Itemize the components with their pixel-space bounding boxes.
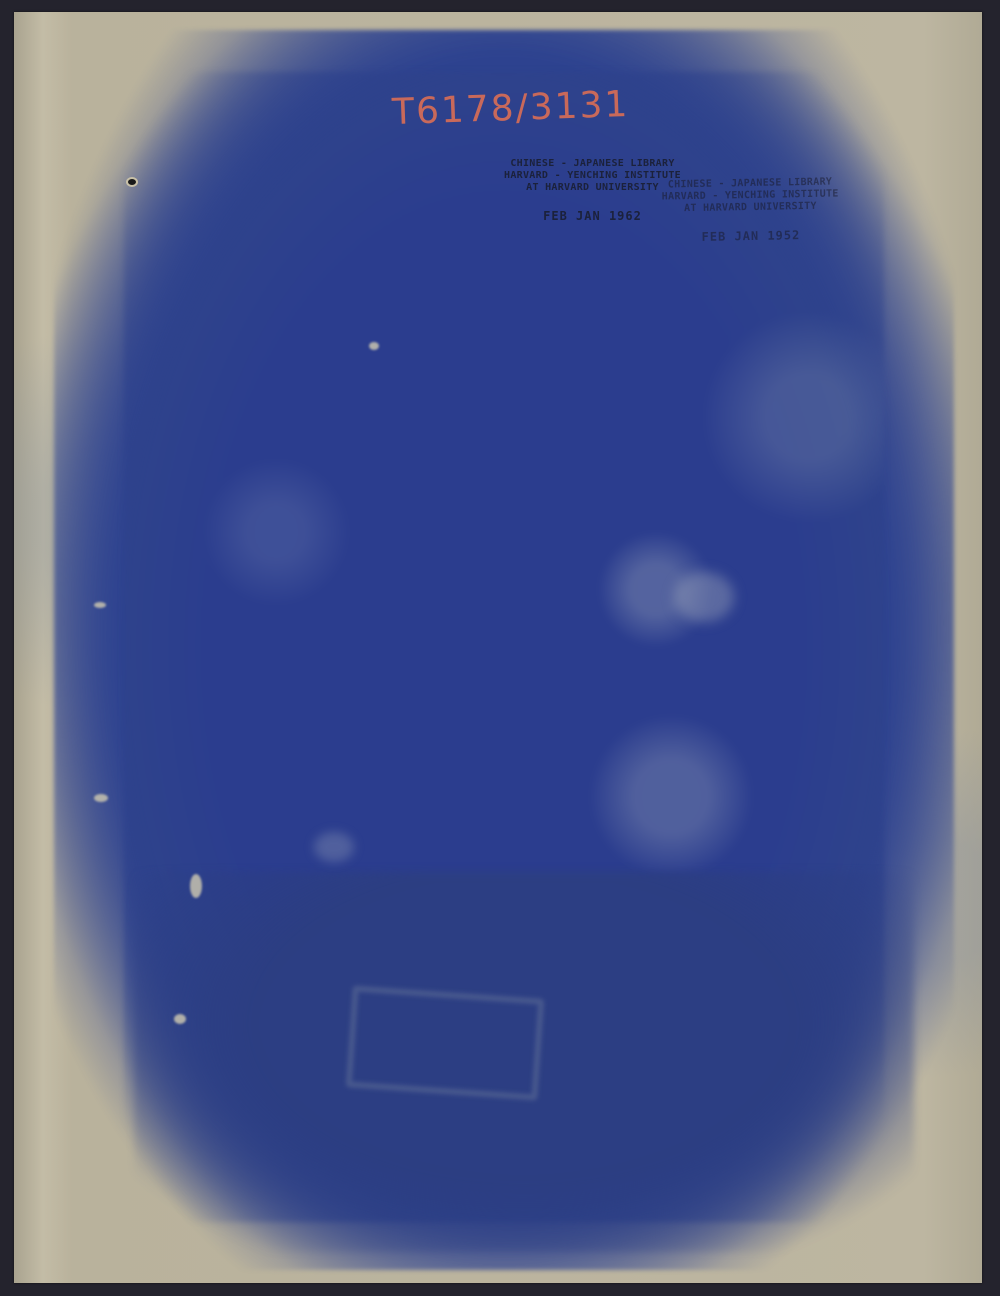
- wear-spot: [369, 342, 379, 350]
- library-stamp-faded: CHINESE - JAPANESE LIBRARY HARVARD - YEN…: [661, 176, 839, 243]
- faded-label-outline: [346, 985, 545, 1100]
- wear-spot: [94, 602, 106, 608]
- stamp-line: CHINESE - JAPANESE LIBRARY: [504, 158, 681, 170]
- book-cover: T6178/3131 CHINESE - JAPANESE LIBRARY HA…: [14, 12, 982, 1283]
- wear-spot: [94, 794, 108, 802]
- stamp-date: FEB JAN 1962: [504, 210, 681, 222]
- wear-spot: [674, 572, 734, 622]
- worm-hole: [128, 179, 136, 185]
- library-stamp: CHINESE - JAPANESE LIBRARY HARVARD - YEN…: [504, 158, 681, 222]
- stamp-line: AT HARVARD UNIVERSITY: [662, 200, 839, 215]
- handwritten-call-number: T6178/3131: [391, 84, 630, 133]
- stamp-line: HARVARD - YENCHING INSTITUTE: [504, 170, 681, 182]
- wear-spot: [174, 1014, 186, 1024]
- stamp-line: AT HARVARD UNIVERSITY: [504, 182, 681, 194]
- wear-spot: [190, 874, 202, 898]
- wear-spot: [314, 832, 354, 862]
